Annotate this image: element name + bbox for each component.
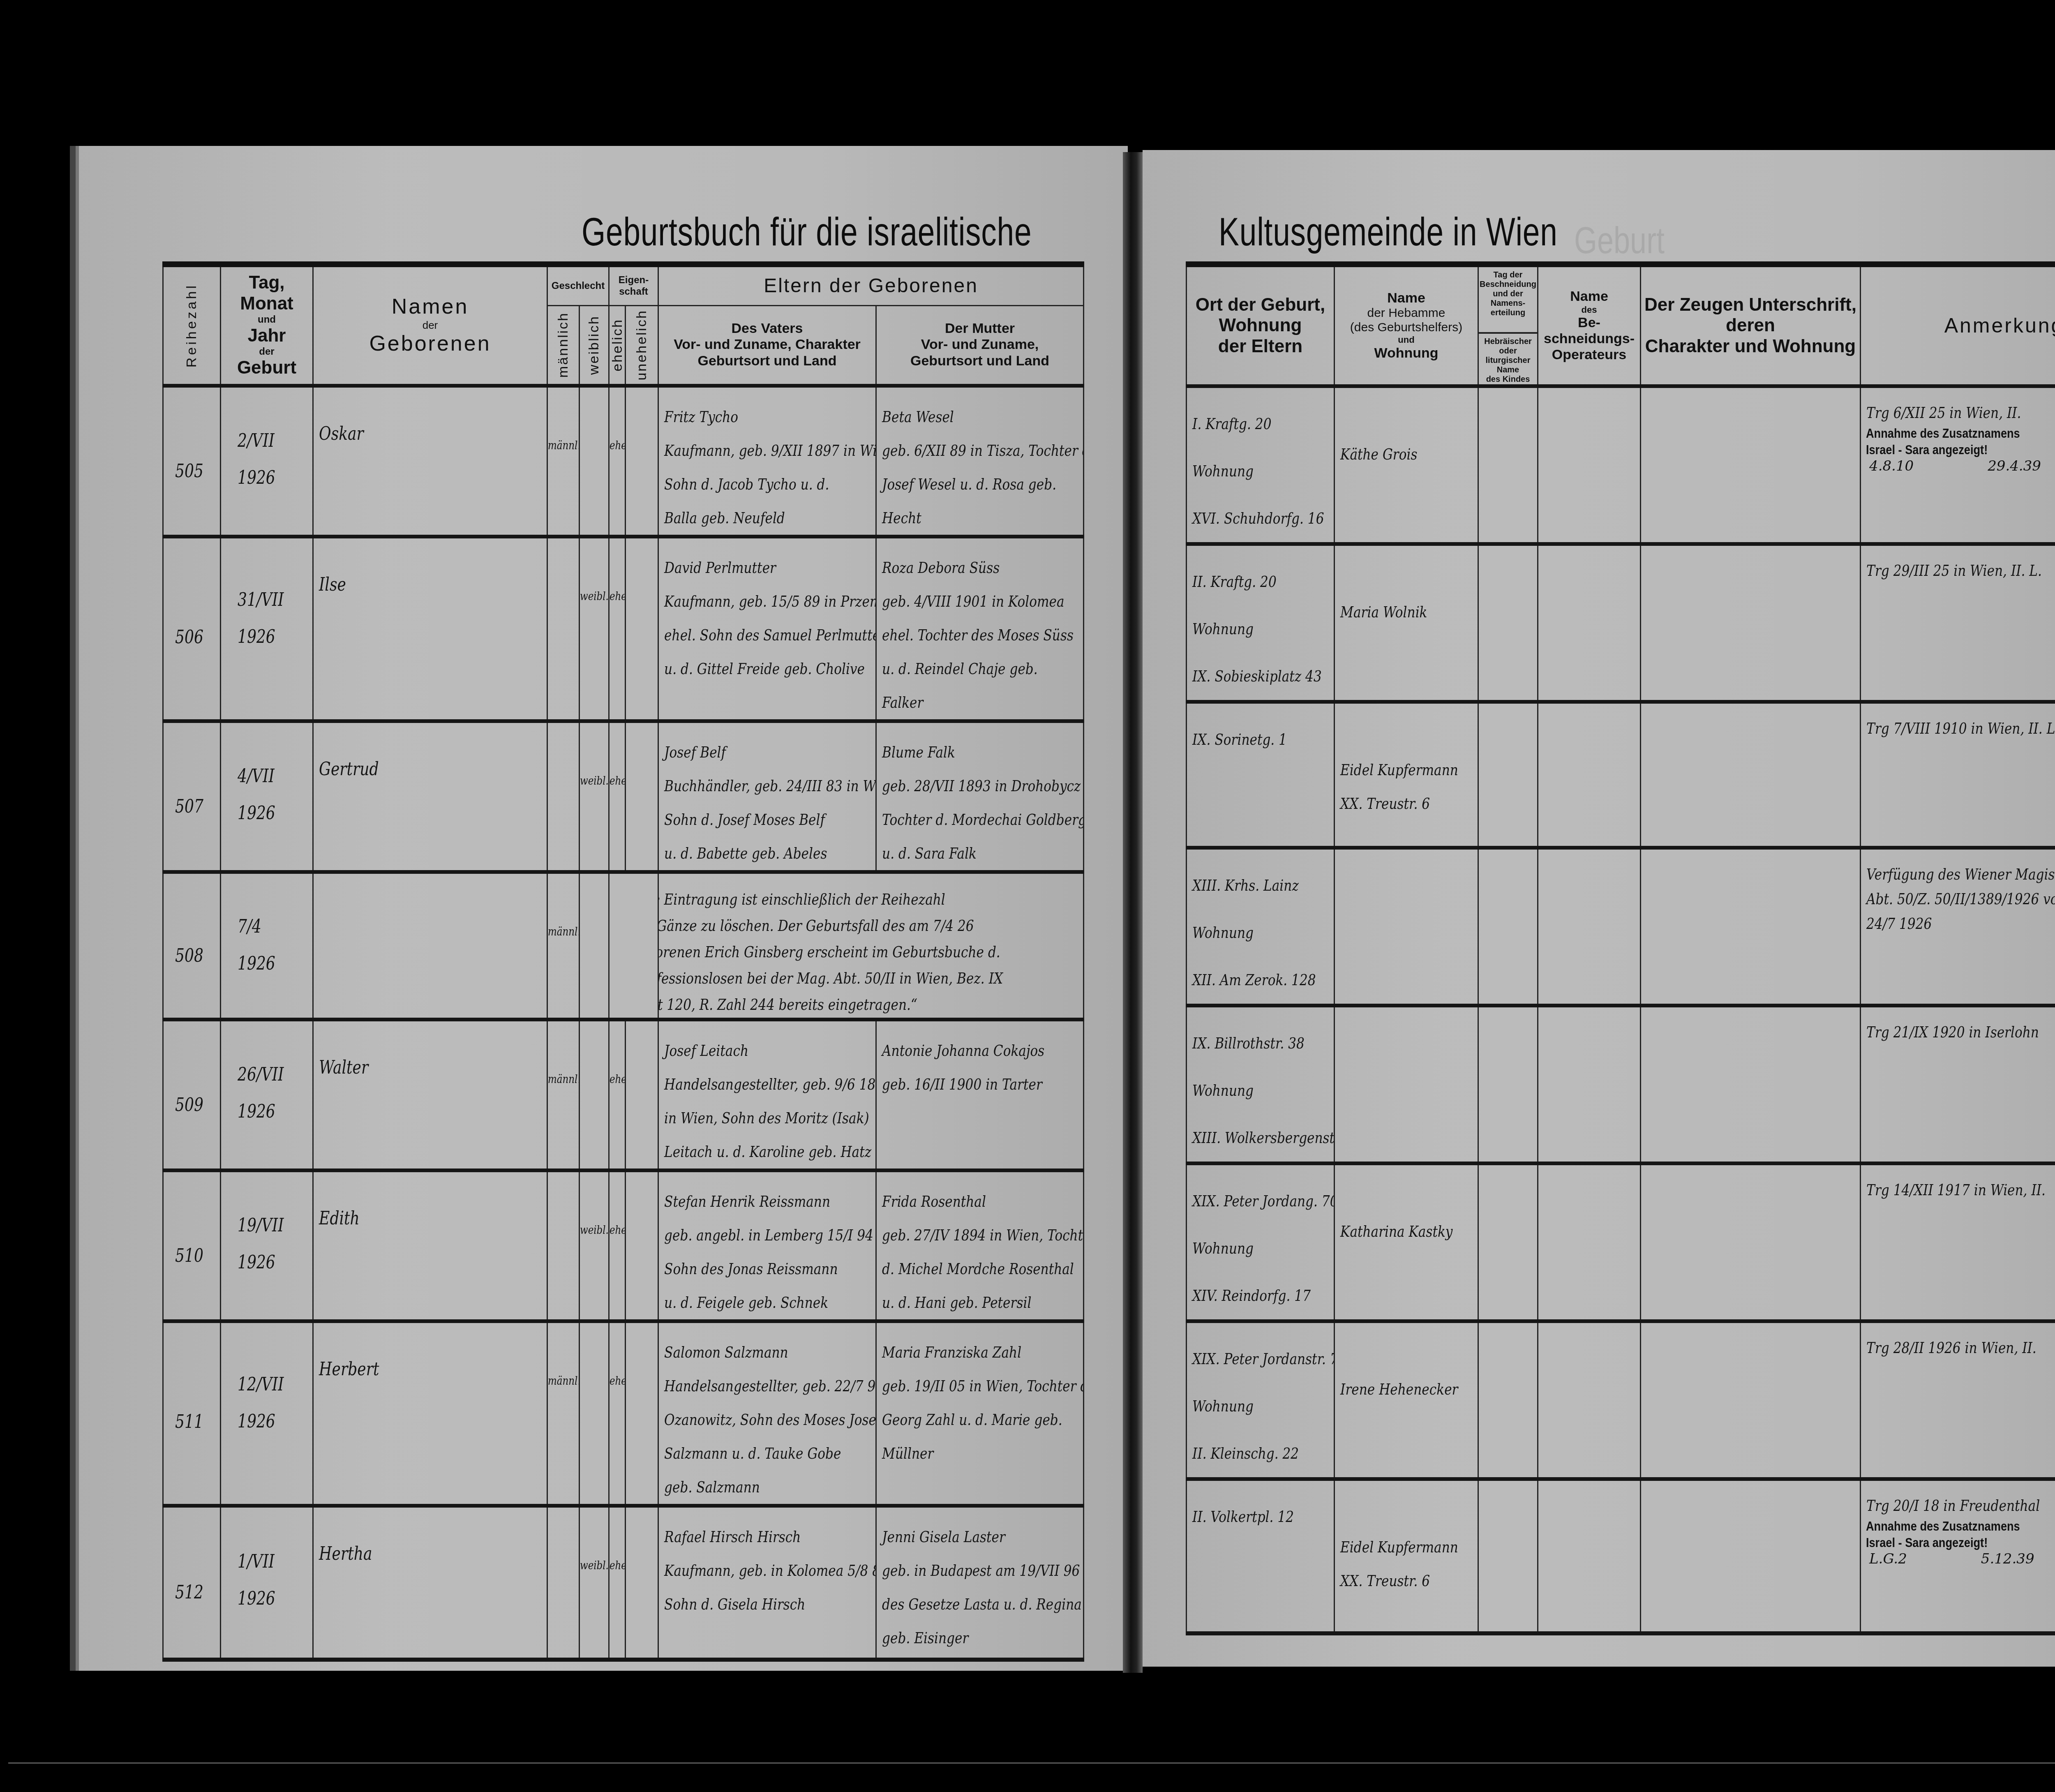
cell-weiblich xyxy=(580,872,609,1019)
header-hebraeischer-name: Hebräischeroder liturgischerName des Kin… xyxy=(1479,334,1537,384)
child-name: Ilse xyxy=(314,538,505,603)
legitimacy: ehel. xyxy=(610,1021,622,1096)
birth-date: 7/41926 xyxy=(238,908,275,982)
register-row: XIX. Peter Jordanstr. 70WohnungII. Klein… xyxy=(1187,1321,2055,1479)
mother-details: Frida Rosenthalgeb. 27/IV 1894 in Wien, … xyxy=(877,1172,1046,1319)
cell-reihezahl: 506 xyxy=(163,536,221,721)
cell-anmerkung: Trg 7/VIII 1910 in Wien, II. L. xyxy=(1861,702,2055,848)
stamp-dates: 4.8.1029.4.39 xyxy=(1861,458,2055,474)
cell-weiblich xyxy=(580,386,609,536)
cell-datum: 2/VII1926 xyxy=(221,386,313,536)
midwife: Käthe Grois xyxy=(1335,388,1452,471)
father-details: Josef LeitachHandelsangestellter, geb. 9… xyxy=(659,1021,836,1168)
sex-female xyxy=(580,1323,603,1364)
cell-operateur xyxy=(1538,702,1641,848)
birth-date: 19/VII1926 xyxy=(238,1207,284,1281)
midwife: Maria Wolnik xyxy=(1335,546,1452,629)
birth-date: 2/VII1926 xyxy=(238,423,275,496)
sex-male: männl. xyxy=(548,1021,573,1096)
birth-date: 31/VII1926 xyxy=(238,582,284,656)
cell-mutter: Blume Falkgeb. 28/VII 1893 in DrohobyczT… xyxy=(876,721,1084,872)
legitimacy: ehel. xyxy=(610,1172,622,1247)
cell-zeugen xyxy=(1641,386,1861,544)
cell-unehelich xyxy=(626,1321,658,1506)
cell-vater: „Die Eintragung ist einschließlich der R… xyxy=(658,872,1084,1019)
child-name xyxy=(314,874,505,903)
register-row: XIII. Krhs. LainzWohnungXII. Am Zerok. 1… xyxy=(1187,848,2055,1006)
cell-ort: XIX. Peter Jordanstr. 70WohnungII. Klein… xyxy=(1187,1321,1335,1479)
cell-vater: Salomon SalzmannHandelsangestellter, geb… xyxy=(658,1321,876,1506)
cell-maennlich xyxy=(547,1506,580,1660)
sex-male: männl. xyxy=(548,874,573,949)
header-beschneidung: Tag derBeschneidung und derNamens- ertei… xyxy=(1478,264,1538,386)
cell-name: Oskar xyxy=(313,386,547,536)
header-weiblich: weiblich xyxy=(580,305,609,386)
cell-hebamme: Katharina Kastky xyxy=(1335,1164,1478,1321)
cell-reihezahl: 510 xyxy=(163,1170,221,1321)
cell-datum: 26/VII1926 xyxy=(221,1019,313,1170)
sex-female xyxy=(580,388,603,429)
legitimacy: ehel. xyxy=(610,538,622,613)
cell-vater: Josef LeitachHandelsangestellter, geb. 9… xyxy=(658,1019,876,1170)
cell-beschneidung xyxy=(1478,1164,1538,1321)
midwife xyxy=(1335,1007,1452,1057)
cell-ehelich: ehel. xyxy=(609,721,626,872)
cell-unehelich xyxy=(626,536,658,721)
mother-details: Antonie Johanna Cokajosgeb. 16/II 1900 i… xyxy=(877,1021,1046,1101)
cell-ort: IX. Billrothstr. 38WohnungXIII. Wolkersb… xyxy=(1187,1006,1335,1164)
birth-date: 12/VII1926 xyxy=(238,1366,284,1440)
birthplace-residence: I. Kraftg. 20WohnungXVI. Schuhdorfg. 16 xyxy=(1187,388,1307,542)
cell-operateur xyxy=(1538,544,1641,702)
cell-name: Hertha xyxy=(313,1506,547,1660)
header-datum: Tag, Monat und Jahr der Geburt xyxy=(221,264,313,386)
cell-vater: David PerlmutterKaufmann, geb. 15/5 89 i… xyxy=(658,536,876,721)
cell-name: Walter xyxy=(313,1019,547,1170)
entry-number: 511 xyxy=(175,1404,203,1440)
cell-weiblich: weibl. xyxy=(580,721,609,872)
sex-female xyxy=(580,1021,603,1062)
header-geschlecht: Geschlecht xyxy=(547,264,609,305)
cell-unehelich xyxy=(626,386,658,536)
cell-hebamme: Eidel KupfermannXX. Treustr. 6 xyxy=(1335,702,1478,848)
cell-mutter: Antonie Johanna Cokajosgeb. 16/II 1900 i… xyxy=(876,1019,1084,1170)
cell-mutter: Maria Franziska Zahlgeb. 19/II 05 in Wie… xyxy=(876,1321,1084,1506)
cell-hebamme: Maria Wolnik xyxy=(1335,544,1478,702)
birthplace-residence: IX. Sorinetg. 1 xyxy=(1187,704,1307,763)
cell-reihezahl: 507 xyxy=(163,721,221,872)
cell-anmerkung: Trg 14/XII 1917 in Wien, II. xyxy=(1861,1164,2055,1321)
cell-operateur xyxy=(1538,386,1641,544)
entry-number: 512 xyxy=(175,1575,203,1610)
cell-mutter: Jenni Gisela Lastergeb. in Budapest am 1… xyxy=(876,1506,1084,1660)
cell-anmerkung: Trg 29/III 25 in Wien, II. L. xyxy=(1861,544,2055,702)
cell-name: Herbert xyxy=(313,1321,547,1506)
entry-number: 508 xyxy=(175,938,203,974)
cell-operateur xyxy=(1538,1479,1641,1633)
cell-vater: Rafael Hirsch HirschKaufmann, geb. in Ko… xyxy=(658,1506,876,1660)
legitimacy: ehel. xyxy=(610,1508,622,1582)
remark: Trg 28/II 1926 in Wien, II. xyxy=(1861,1323,2055,1360)
cell-anmerkung: Verfügung des Wiener MagistratesAbt. 50/… xyxy=(1861,848,2055,1006)
cell-reihezahl: 508 xyxy=(163,872,221,1019)
father-details: Rafael Hirsch HirschKaufmann, geb. in Ko… xyxy=(659,1508,836,1621)
cell-ehelich: ehel. xyxy=(609,1321,626,1506)
child-name: Walter xyxy=(314,1021,505,1085)
register-row: 512 1/VII1926 Hertha weibl. ehel. Rafael… xyxy=(163,1506,1084,1660)
remark: Trg 29/III 25 in Wien, II. L. xyxy=(1861,546,2055,583)
cell-vater: Josef BelfBuchhändler, geb. 24/III 83 in… xyxy=(658,721,876,872)
cell-datum: 7/41926 xyxy=(221,872,313,1019)
remark: Trg 7/VIII 1910 in Wien, II. L. xyxy=(1861,704,2055,741)
sex-male xyxy=(548,1508,573,1549)
legitimacy: ehel. xyxy=(610,723,622,798)
cell-hebamme: Käthe Grois xyxy=(1335,386,1478,544)
cell-mutter: Roza Debora Süssgeb. 4/VIII 1901 in Kolo… xyxy=(876,536,1084,721)
cell-mutter: Beta Weselgeb. 6/XII 89 in Tisza, Tochte… xyxy=(876,386,1084,536)
register-row: 511 12/VII1926 Herbert männl. ehel. Salo… xyxy=(163,1321,1084,1506)
cell-operateur xyxy=(1538,1321,1641,1479)
birthplace-residence: II. Volkertpl. 12 xyxy=(1187,1481,1307,1540)
header-vater: Des Vaters Vor- und Zuname, Charakter Ge… xyxy=(658,305,876,386)
page-title-right: Kultusgemeinde in Wien xyxy=(1219,210,1558,255)
birth-date: 1/VII1926 xyxy=(238,1543,275,1617)
cell-beschneidung xyxy=(1478,848,1538,1006)
birth-date: 26/VII1926 xyxy=(238,1056,284,1130)
register-row: 505 2/VII1926 Oskar männl. ehel. Fritz T… xyxy=(163,386,1084,536)
cell-reihezahl: 505 xyxy=(163,386,221,536)
cell-unehelich xyxy=(626,1170,658,1321)
cell-ehelich: ehel. xyxy=(609,1170,626,1321)
cell-ehelich: ehel. xyxy=(609,1019,626,1170)
cell-zeugen xyxy=(1641,1321,1861,1479)
bleed-through-text: Geburt xyxy=(1574,220,1665,262)
cell-weiblich: weibl. xyxy=(580,1170,609,1321)
mother-details: Maria Franziska Zahlgeb. 19/II 05 in Wie… xyxy=(877,1323,1046,1470)
register-row: II. Kraftg. 20WohnungIX. Sobieskiplatz 4… xyxy=(1187,544,2055,702)
remark: Trg 21/IX 1920 in Iserlohn xyxy=(1861,1007,2055,1044)
entry-number: 507 xyxy=(175,789,203,824)
cell-beschneidung xyxy=(1478,1479,1538,1633)
cell-zeugen xyxy=(1641,1479,1861,1633)
cell-maennlich xyxy=(547,721,580,872)
cell-weiblich: weibl. xyxy=(580,1506,609,1660)
page-title-left: Geburtsbuch für die israelitische xyxy=(582,210,1032,255)
entry-number: 509 xyxy=(175,1088,203,1123)
register-row: 510 19/VII1926 Edith weibl. ehel. Stefan… xyxy=(163,1170,1084,1321)
cell-ehelich: ehel. xyxy=(609,386,626,536)
cell-operateur xyxy=(1538,1164,1641,1321)
child-name: Edith xyxy=(314,1172,505,1236)
father-details: David PerlmutterKaufmann, geb. 15/5 89 i… xyxy=(659,538,836,686)
father-details: Salomon SalzmannHandelsangestellter, geb… xyxy=(659,1323,836,1504)
register-row: IX. Sorinetg. 1 Eidel KupfermannXX. Treu… xyxy=(1187,702,2055,848)
sex-female xyxy=(580,874,603,915)
cell-datum: 31/VII1926 xyxy=(221,536,313,721)
birthplace-residence: II. Kraftg. 20WohnungIX. Sobieskiplatz 4… xyxy=(1187,546,1307,700)
birth-register-left-table: Reihezahl Tag, Monat und Jahr der Geburt… xyxy=(162,261,1084,1662)
cell-ort: II. Volkertpl. 12 xyxy=(1187,1479,1335,1633)
header-operateur: Namedes Be-schneidungs- Operateurs xyxy=(1538,264,1641,386)
child-name: Oskar xyxy=(314,388,505,452)
header-unehelich: unehelich xyxy=(626,305,658,386)
scan-edge-line xyxy=(8,1762,2055,1764)
birthplace-residence: XIX. Peter Jordanstr. 70WohnungII. Klein… xyxy=(1187,1323,1307,1477)
cell-reihezahl: 509 xyxy=(163,1019,221,1170)
cell-operateur xyxy=(1538,1006,1641,1164)
cell-ort: II. Kraftg. 20WohnungIX. Sobieskiplatz 4… xyxy=(1187,544,1335,702)
header-ehelich: ehelich xyxy=(609,305,626,386)
midwife: Eidel KupfermannXX. Treustr. 6 xyxy=(1335,704,1452,820)
cell-maennlich: männl. xyxy=(547,1019,580,1170)
sex-female: weibl. xyxy=(580,538,603,613)
sex-male xyxy=(548,1172,573,1213)
legitimacy: ehel. xyxy=(610,388,622,462)
mother-details: Roza Debora Süssgeb. 4/VIII 1901 in Kolo… xyxy=(877,538,1046,719)
cell-maennlich: männl. xyxy=(547,386,580,536)
cell-weiblich xyxy=(580,1321,609,1506)
sex-male xyxy=(548,723,573,764)
header-eltern: Eltern der Geborenen xyxy=(658,264,1084,305)
cell-datum: 19/VII1926 xyxy=(221,1170,313,1321)
father-details: Josef BelfBuchhändler, geb. 24/III 83 in… xyxy=(659,723,836,870)
cell-unehelich xyxy=(626,1506,658,1660)
cell-name: Edith xyxy=(313,1170,547,1321)
book-gutter xyxy=(1123,152,1143,1673)
cell-anmerkung: Trg 21/IX 1920 in Iserlohn xyxy=(1861,1006,2055,1164)
register-row: IX. Billrothstr. 38WohnungXIII. Wolkersb… xyxy=(1187,1006,2055,1164)
birthplace-residence: IX. Billrothstr. 38WohnungXIII. Wolkersb… xyxy=(1187,1007,1307,1162)
cell-datum: 12/VII1926 xyxy=(221,1321,313,1506)
mother-details: Beta Weselgeb. 6/XII 89 in Tisza, Tochte… xyxy=(877,388,1046,535)
name-addition-stamp: Annahme des ZusatznamensIsrael - Sara an… xyxy=(1861,1518,2055,1551)
sex-male: männl. xyxy=(548,388,573,462)
sex-female: weibl. xyxy=(580,723,603,798)
sex-male xyxy=(548,538,573,580)
sex-female: weibl. xyxy=(580,1172,603,1247)
child-name: Herbert xyxy=(314,1323,505,1387)
cell-reihezahl: 512 xyxy=(163,1506,221,1660)
cell-weiblich xyxy=(580,1019,609,1170)
cell-datum: 1/VII1926 xyxy=(221,1506,313,1660)
register-row: 506 31/VII1926 Ilse weibl. ehel. David P… xyxy=(163,536,1084,721)
cell-datum: 4/VII1926 xyxy=(221,721,313,872)
header-mutter: Der Mutter Vor- und Zuname, Geburtsort u… xyxy=(876,305,1084,386)
header-maennlich: männlich xyxy=(547,305,580,386)
legitimacy: ehel. xyxy=(610,1323,622,1398)
register-row: 508 7/41926 männl. „Die Eintragung ist e… xyxy=(163,872,1084,1019)
cell-maennlich: männl. xyxy=(547,872,580,1019)
child-name: Hertha xyxy=(314,1508,505,1572)
remark: Trg 14/XII 1917 in Wien, II. xyxy=(1861,1165,2055,1202)
register-row: II. Volkertpl. 12 Eidel KupfermannXX. Tr… xyxy=(1187,1479,2055,1633)
cell-ort: I. Kraftg. 20WohnungXVI. Schuhdorfg. 16 xyxy=(1187,386,1335,544)
cell-zeugen xyxy=(1641,702,1861,848)
midwife: Katharina Kastky xyxy=(1335,1165,1452,1248)
cell-vater: Stefan Henrik Reissmanngeb. angebl. in L… xyxy=(658,1170,876,1321)
header-ort: Ort der Geburt,Wohnungder Eltern xyxy=(1187,264,1335,386)
cell-weiblich: weibl. xyxy=(580,536,609,721)
cell-beschneidung xyxy=(1478,702,1538,848)
birthplace-residence: XIX. Peter Jordang. 70WohnungXIV. Reindo… xyxy=(1187,1165,1307,1319)
header-hebamme: Name der Hebamme (des Geburtshelfers) un… xyxy=(1335,264,1478,386)
cancellation-note: „Die Eintragung ist einschließlich der R… xyxy=(658,874,1001,1018)
cell-name: Gertrud xyxy=(313,721,547,872)
cell-zeugen xyxy=(1641,848,1861,1006)
cell-name xyxy=(313,872,547,1019)
father-details: Stefan Henrik Reissmanngeb. angebl. in L… xyxy=(659,1172,836,1319)
cell-maennlich xyxy=(547,1170,580,1321)
register-row: I. Kraftg. 20WohnungXVI. Schuhdorfg. 16 … xyxy=(1187,386,2055,544)
cell-zeugen xyxy=(1641,1164,1861,1321)
sex-male: männl. xyxy=(548,1323,573,1398)
cell-ort: XIX. Peter Jordang. 70WohnungXIV. Reindo… xyxy=(1187,1164,1335,1321)
child-name: Gertrud xyxy=(314,723,505,787)
cell-anmerkung: Trg 6/XII 25 in Wien, II. Annahme des Zu… xyxy=(1861,386,2055,544)
entry-number: 506 xyxy=(175,620,203,655)
stamp-dates: L.G.25.12.39 xyxy=(1861,1551,2055,1567)
cell-ehelich xyxy=(609,872,658,1019)
cell-beschneidung xyxy=(1478,1006,1538,1164)
cell-reihezahl: 511 xyxy=(163,1321,221,1506)
cell-hebamme: Eidel KupfermannXX. Treustr. 6 xyxy=(1335,1479,1478,1633)
header-reihezahl: Reihezahl xyxy=(163,264,221,386)
register-row: XIX. Peter Jordang. 70WohnungXIV. Reindo… xyxy=(1187,1164,2055,1321)
cell-beschneidung xyxy=(1478,544,1538,702)
legitimacy xyxy=(610,874,649,915)
register-row: 509 26/VII1926 Walter männl. ehel. Josef… xyxy=(163,1019,1084,1170)
midwife: Irene Hehenecker xyxy=(1335,1323,1452,1406)
cell-beschneidung xyxy=(1478,386,1538,544)
cell-zeugen xyxy=(1641,1006,1861,1164)
cell-operateur xyxy=(1538,848,1641,1006)
header-namen: Namen der Geborenen xyxy=(313,264,547,386)
remark: Verfügung des Wiener MagistratesAbt. 50/… xyxy=(1861,850,2055,936)
entry-number: 505 xyxy=(175,454,203,489)
cell-zeugen xyxy=(1641,544,1861,702)
cell-maennlich xyxy=(547,536,580,721)
entry-number: 510 xyxy=(175,1238,203,1274)
remark: Trg 6/XII 25 in Wien, II. xyxy=(1861,388,2055,425)
cell-anmerkung: Trg 20/I 18 in Freudenthal Annahme des Z… xyxy=(1861,1479,2055,1633)
cell-beschneidung xyxy=(1478,1321,1538,1479)
header-zeugen: Der Zeugen Unterschrift,derenCharakter u… xyxy=(1641,264,1861,386)
birth-register-right-table: Ort der Geburt,Wohnungder Eltern Name de… xyxy=(1186,261,2055,1635)
remark: Trg 20/I 18 in Freudenthal xyxy=(1861,1481,2055,1518)
mother-details: Blume Falkgeb. 28/VII 1893 in DrohobyczT… xyxy=(877,723,1046,870)
cell-hebamme: Irene Hehenecker xyxy=(1335,1321,1478,1479)
register-row: 507 4/VII1926 Gertrud weibl. ehel. Josef… xyxy=(163,721,1084,872)
name-addition-stamp: Annahme des ZusatznamensIsrael - Sara an… xyxy=(1861,425,2055,458)
cell-unehelich xyxy=(626,1019,658,1170)
cell-maennlich: männl. xyxy=(547,1321,580,1506)
birth-date: 4/VII1926 xyxy=(238,758,275,832)
cell-ort: IX. Sorinetg. 1 xyxy=(1187,702,1335,848)
cell-unehelich xyxy=(626,721,658,872)
father-details: Fritz TychoKaufmann, geb. 9/XII 1897 in … xyxy=(659,388,836,535)
cell-ort: XIII. Krhs. LainzWohnungXII. Am Zerok. 1… xyxy=(1187,848,1335,1006)
cell-ehelich: ehel. xyxy=(609,536,626,721)
header-anmerkung: Anmerkung xyxy=(1861,264,2055,386)
birthplace-residence: XIII. Krhs. LainzWohnungXII. Am Zerok. 1… xyxy=(1187,850,1307,1004)
cell-hebamme xyxy=(1335,1006,1478,1164)
midwife xyxy=(1335,850,1452,899)
mother-details: Jenni Gisela Lastergeb. in Budapest am 1… xyxy=(877,1508,1046,1655)
sex-female: weibl. xyxy=(580,1508,603,1582)
cell-mutter: Frida Rosenthalgeb. 27/IV 1894 in Wien, … xyxy=(876,1170,1084,1321)
cell-vater: Fritz TychoKaufmann, geb. 9/XII 1897 in … xyxy=(658,386,876,536)
cell-name: Ilse xyxy=(313,536,547,721)
cell-anmerkung: Trg 28/II 1926 in Wien, II. xyxy=(1861,1321,2055,1479)
cell-ehelich: ehel. xyxy=(609,1506,626,1660)
header-eigenschaft: Eigen-schaft xyxy=(609,264,658,305)
midwife: Eidel KupfermannXX. Treustr. 6 xyxy=(1335,1481,1452,1598)
cell-hebamme xyxy=(1335,848,1478,1006)
